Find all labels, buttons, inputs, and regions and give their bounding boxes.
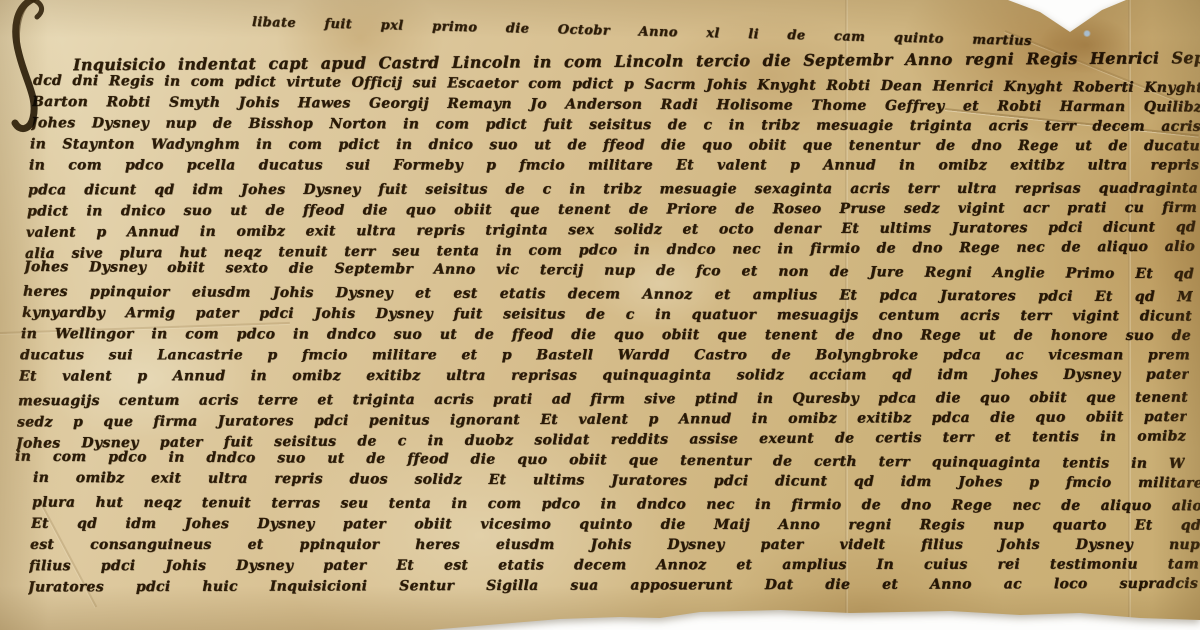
manuscript-line: in Staynton Wadynghm in com pdict in dni… <box>30 134 1200 157</box>
manuscript-line: in Wellingor in com pdco in dndco suo ut… <box>21 324 1191 347</box>
parchment-wrapper: libate fuit pxl primo die Octobr Anno xl… <box>0 0 1200 630</box>
manuscript-line: Inquisicio indentat capt apud Castrd Lin… <box>73 47 1200 75</box>
manuscript-line: est consanguineus et ppinquior heres eiu… <box>30 535 1200 556</box>
manuscript-line: Juratores pdci huic Inquisicioni Sentur … <box>28 574 1198 599</box>
manuscript-line: Et qd idm Johes Dysney pater obiit vices… <box>31 514 1200 537</box>
manuscript-line: Johes Dysney obiit sexto die Septembr An… <box>24 257 1194 285</box>
blue-speck <box>1083 30 1091 37</box>
parchment-sheet: libate fuit pxl primo die Octobr Anno xl… <box>0 0 1200 630</box>
manuscript-line: Et valent p Annud in omibz exitibz ultra… <box>19 365 1189 388</box>
manuscript-photo: libate fuit pxl primo die Octobr Anno xl… <box>0 0 1200 630</box>
manuscript-line: in omibz exit ultra repris duos solidz E… <box>33 468 1200 495</box>
manuscript-line: in com pdco pcella ducatus sui Formeby p… <box>29 156 1199 177</box>
manuscript-line: ducatus sui Lancastrie p fmcio militare … <box>20 345 1190 366</box>
manuscript-text: Inquisicio indentat capt apud Castrd Lin… <box>15 52 1185 598</box>
